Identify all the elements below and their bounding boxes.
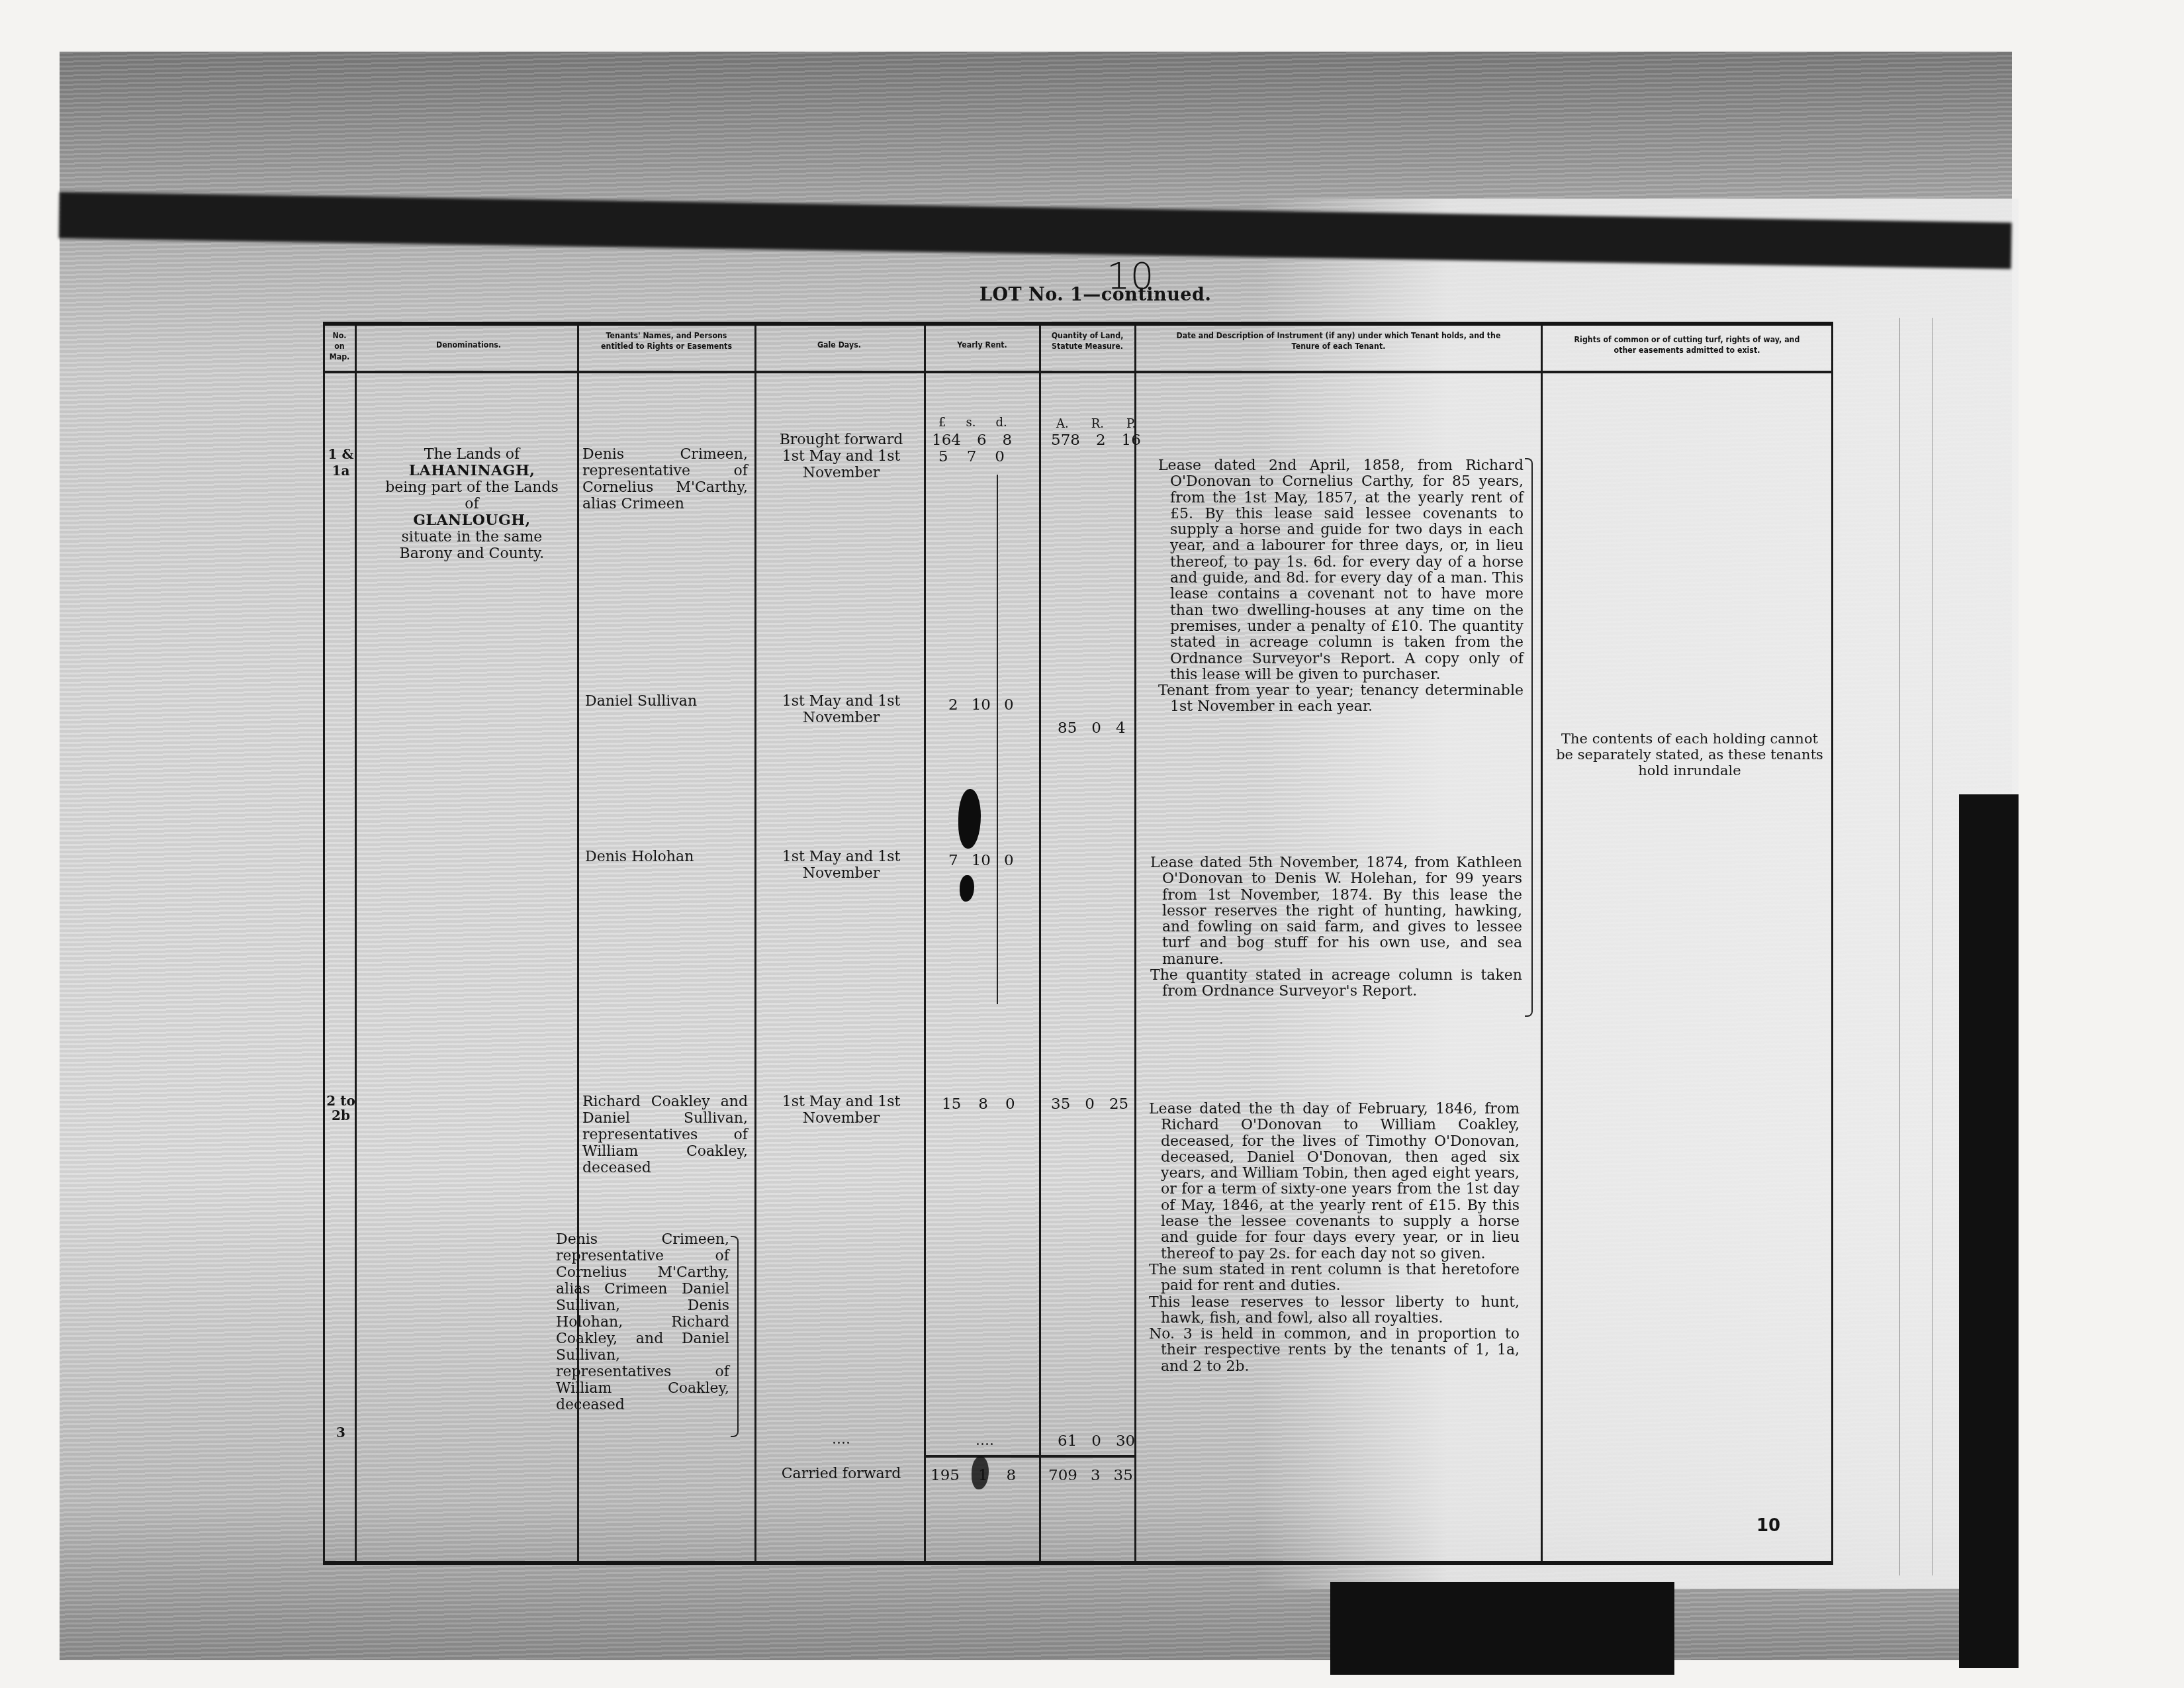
lot-title: LOT No. 1—continued. <box>979 285 1211 305</box>
lease-description: Lease dated the th day of February, 1846… <box>1149 1102 1520 1375</box>
rent-value: 15 8 0 <box>942 1096 1015 1113</box>
tenant-name: Daniel Sullivan <box>585 693 751 710</box>
land-value: 61 0 30 <box>1058 1432 1135 1450</box>
map-no: 1 & 1a <box>324 446 357 479</box>
denomination-block: The Lands of LAHANINAGH, being part of t… <box>376 446 568 562</box>
scan-scratch-line <box>1899 318 1900 1575</box>
description-note: The quantity stated in acreage column is… <box>1150 968 1522 1000</box>
column-divider <box>924 326 926 1561</box>
header-rule <box>323 371 1833 373</box>
lease-description: Lease dated 2nd April, 1858, from Richar… <box>1158 458 1524 716</box>
townland-name: GLANLOUGH, <box>376 512 568 529</box>
gale-days: 1st May and 1st November <box>760 448 923 481</box>
description-note: The sum stated in rent column is that he… <box>1149 1262 1520 1295</box>
tenant-name: Denis Crimeen, representative of Corneli… <box>582 446 748 512</box>
rent-bracket <box>994 475 998 1004</box>
denomination-line: The Lands of <box>376 446 568 463</box>
gale-days: .... <box>760 1431 923 1448</box>
tenant-name: Denis Crimeen, representative of Corneli… <box>556 1231 729 1413</box>
header-quantity: Quantity of Land, Statute Measure. <box>1048 331 1126 352</box>
land-units: A. R. P. <box>1056 417 1136 431</box>
land-value: 85 0 4 <box>1058 720 1126 737</box>
rental-table: No. on Map. Denominations. Tenants' Name… <box>323 322 1833 1565</box>
unit-perches: P. <box>1126 417 1136 431</box>
rent-value: .... <box>932 1432 1038 1449</box>
brought-forward-label: Brought forward <box>760 432 923 448</box>
column-divider <box>355 326 357 1561</box>
unit-acres: A. <box>1056 417 1069 431</box>
tenant-name: Richard Coakley and Daniel Sullivan, rep… <box>582 1094 748 1176</box>
sum-rule <box>925 1455 1134 1458</box>
brought-forward-rent: 164 6 8 <box>932 432 1012 449</box>
denomination-line: situate in the same <box>376 529 568 545</box>
rent-value: 7 10 0 <box>948 852 1014 869</box>
tenant-name: Denis Holohan <box>585 849 751 865</box>
scan-scratch-line <box>1933 318 1933 1575</box>
rent-value: 5 7 0 <box>938 448 1005 465</box>
description-text: Lease dated 5th November, 1874, from Kat… <box>1150 855 1522 968</box>
map-no: 3 <box>324 1425 357 1441</box>
unit-pounds: £ <box>938 416 946 430</box>
lease-description: Lease dated 5th November, 1874, from Kat… <box>1150 855 1522 1000</box>
description-note: This lease reserves to lessor liberty to… <box>1149 1295 1520 1327</box>
rent-units: £ s. d. <box>938 416 1007 430</box>
gale-days: 1st May and 1st November <box>760 849 923 882</box>
gale-days: 1st May and 1st November <box>760 693 923 726</box>
tenant-bracket <box>731 1236 739 1437</box>
header-map-no: No. on Map. <box>326 331 352 363</box>
header-rights: Rights of common or of cutting turf, rig… <box>1566 335 1808 356</box>
column-divider <box>1039 326 1041 1561</box>
description-text: Tenant from year to year; tenancy determ… <box>1158 683 1524 716</box>
header-yearly-rent: Yearly Rent. <box>935 340 1030 351</box>
header-description: Date and Description of Instrument (if a… <box>1168 331 1508 352</box>
scan-dark-block <box>1330 1582 1674 1675</box>
description-text: Lease dated 2nd April, 1858, from Richar… <box>1158 458 1524 683</box>
footer-page-number: 10 <box>1756 1516 1780 1536</box>
carried-forward-land: 709 3 35 <box>1048 1467 1133 1484</box>
header-tenants: Tenants' Names, and Persons entitled to … <box>593 331 741 352</box>
unit-roods: R. <box>1091 417 1104 431</box>
scan-right-edge <box>1959 794 2019 1668</box>
denomination-line: of <box>376 496 568 512</box>
row-bracket <box>1525 458 1533 1017</box>
description-text: No. 3 is held in common, and in proporti… <box>1149 1327 1520 1375</box>
ink-blot <box>958 789 981 849</box>
map-no: 2 to 2b <box>324 1094 357 1123</box>
column-divider <box>323 326 325 1561</box>
land-value: 35 0 25 <box>1051 1096 1128 1113</box>
denomination-line: Barony and County. <box>376 545 568 562</box>
ink-blot <box>960 875 974 902</box>
description-text: Lease dated the th day of February, 1846… <box>1149 1102 1520 1262</box>
column-divider <box>1831 326 1833 1561</box>
column-divider <box>754 326 756 1561</box>
ink-blot <box>972 1456 989 1489</box>
gale-days: 1st May and 1st November <box>760 1094 923 1127</box>
header-gale-days: Gale Days. <box>769 340 910 351</box>
header-denominations: Denominations. <box>379 340 559 351</box>
column-divider <box>1134 326 1136 1561</box>
unit-pence: d. <box>995 416 1007 430</box>
townland-name: LAHANINAGH, <box>376 463 568 479</box>
brought-forward-land: 578 2 16 <box>1051 432 1141 449</box>
unit-shillings: s. <box>966 416 976 430</box>
carried-forward-label: Carried forward <box>760 1466 923 1482</box>
column-divider <box>1541 326 1543 1561</box>
rights-note: The contents of each holding cannot be s… <box>1554 731 1825 778</box>
denomination-line: being part of the Lands <box>376 479 568 496</box>
rent-value: 2 10 0 <box>948 696 1014 714</box>
